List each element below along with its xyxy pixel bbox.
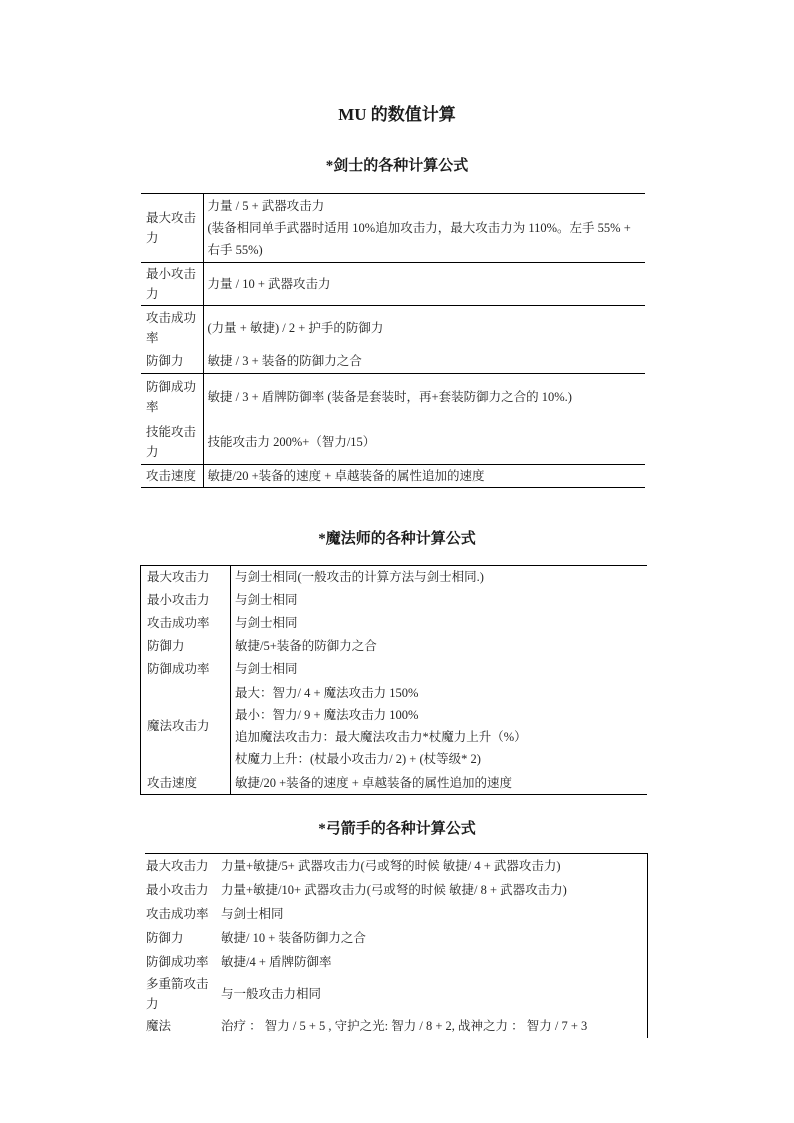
row-value: 敏捷/ 10 + 装备防御力之合 <box>217 926 648 950</box>
table-row: 防御成功率 敏捷/4 + 盾牌防御率 <box>145 950 648 974</box>
table-row: 防御成功率 敏捷 / 3 + 盾牌防御率 (装备是套装时，再+套装防御力之合的 … <box>141 374 645 420</box>
row-value: 敏捷/20 +装备的速度 + 卓越装备的属性追加的速度 <box>203 465 645 488</box>
row-label: 最大攻击力 <box>145 854 217 878</box>
row-label: 最大攻击力 <box>141 194 203 263</box>
row-label: 攻击成功率 <box>141 306 203 350</box>
formula-table-archer: 最大攻击力 力量+敏捷/5+ 武器攻击力(弓或弩的时候 敏捷/ 4 + 武器攻击… <box>145 853 648 1038</box>
row-value: 与剑士相同 <box>231 612 648 635</box>
table-row: 攻击成功率 与剑士相同 <box>145 902 648 926</box>
table-row: 攻击成功率 (力量 + 敏捷) / 2 + 护手的防御力 <box>141 306 645 350</box>
table-row: 攻击速度 敏捷/20 +装备的速度 + 卓越装备的属性追加的速度 <box>141 465 645 488</box>
row-value: 与剑士相同 <box>231 658 648 681</box>
table-row: 攻击速度 敏捷/20 +装备的速度 + 卓越装备的属性追加的速度 <box>141 772 648 795</box>
row-value: 技能攻击力 200%+（智力/15） <box>203 420 645 465</box>
row-value: 敏捷 / 3 + 装备的防御力之合 <box>203 350 645 374</box>
table-row: 攻击成功率 与剑士相同 <box>141 612 648 635</box>
table-row: 最小攻击力 与剑士相同 <box>141 589 648 612</box>
table-row: 防御力 敏捷/ 10 + 装备防御力之合 <box>145 926 648 950</box>
document-page: MU 的数值计算 *剑士的各种计算公式 最大攻击力 力量 / 5 + 武器攻击力… <box>0 0 794 1123</box>
row-value: 力量+敏捷/5+ 武器攻击力(弓或弩的时候 敏捷/ 4 + 武器攻击力) <box>217 854 648 878</box>
table-row: 最大攻击力 力量+敏捷/5+ 武器攻击力(弓或弩的时候 敏捷/ 4 + 武器攻击… <box>145 854 648 878</box>
section-heading-wizard: *魔法师的各种计算公式 <box>0 527 794 548</box>
row-value: 敏捷/5+装备的防御力之合 <box>231 635 648 658</box>
row-label: 最大攻击力 <box>141 566 231 589</box>
row-label: 攻击速度 <box>141 772 231 795</box>
row-label: 最小攻击力 <box>145 878 217 902</box>
row-value: 敏捷/20 +装备的速度 + 卓越装备的属性追加的速度 <box>231 772 648 795</box>
table-row: 魔法攻击力 最大：智力/ 4 + 魔法攻击力 150% 最小：智力/ 9 + 魔… <box>141 681 648 772</box>
row-value: 敏捷 / 3 + 盾牌防御率 (装备是套装时，再+套装防御力之合的 10%.) <box>203 374 645 420</box>
row-value: 与剑士相同(一般攻击的计算方法与剑士相同.) <box>231 566 648 589</box>
row-label: 技能攻击力 <box>141 420 203 465</box>
table-row: 最小攻击力 力量 / 10 + 武器攻击力 <box>141 263 645 306</box>
table-row: 多重箭攻击力 与一般攻击力相同 <box>145 974 648 1014</box>
section-heading-swordsman: *剑士的各种计算公式 <box>0 154 794 175</box>
row-label: 多重箭攻击力 <box>145 974 217 1014</box>
table-row: 技能攻击力 技能攻击力 200%+（智力/15） <box>141 420 645 465</box>
row-value: 敏捷/4 + 盾牌防御率 <box>217 950 648 974</box>
row-value: 最大：智力/ 4 + 魔法攻击力 150% 最小：智力/ 9 + 魔法攻击力 1… <box>231 681 648 772</box>
row-value: 与剑士相同 <box>231 589 648 612</box>
row-label: 防御力 <box>141 635 231 658</box>
table-row: 防御成功率 与剑士相同 <box>141 658 648 681</box>
table-row: 最小攻击力 力量+敏捷/10+ 武器攻击力(弓或弩的时候 敏捷/ 8 + 武器攻… <box>145 878 648 902</box>
row-value: 力量 / 5 + 武器攻击力 (装备相同单手武器时适用 10%追加攻击力，最大攻… <box>203 194 645 263</box>
row-label: 攻击成功率 <box>141 612 231 635</box>
row-value: 力量 / 10 + 武器攻击力 <box>203 263 645 306</box>
row-label: 魔法 <box>145 1014 217 1038</box>
row-value: 治疗 ： 智力 / 5 + 5 , 守护之光: 智力 / 8 + 2, 战神之力… <box>217 1014 648 1038</box>
row-value: 与剑士相同 <box>217 902 648 926</box>
row-label: 防御力 <box>145 926 217 950</box>
table-row: 最大攻击力 力量 / 5 + 武器攻击力 (装备相同单手武器时适用 10%追加攻… <box>141 194 645 263</box>
row-label: 攻击成功率 <box>145 902 217 926</box>
row-label: 最小攻击力 <box>141 263 203 306</box>
row-label: 防御成功率 <box>141 658 231 681</box>
document-title: MU 的数值计算 <box>0 100 794 125</box>
table-row: 最大攻击力 与剑士相同(一般攻击的计算方法与剑士相同.) <box>141 566 648 589</box>
row-label: 防御力 <box>141 350 203 374</box>
row-label: 魔法攻击力 <box>141 681 231 772</box>
row-value: (力量 + 敏捷) / 2 + 护手的防御力 <box>203 306 645 350</box>
row-label: 攻击速度 <box>141 465 203 488</box>
formula-table-swordsman: 最大攻击力 力量 / 5 + 武器攻击力 (装备相同单手武器时适用 10%追加攻… <box>141 193 645 488</box>
section-heading-archer: *弓箭手的各种计算公式 <box>0 817 794 838</box>
formula-table-wizard: 最大攻击力 与剑士相同(一般攻击的计算方法与剑士相同.) 最小攻击力 与剑士相同… <box>140 565 647 795</box>
row-label: 最小攻击力 <box>141 589 231 612</box>
row-value: 与一般攻击力相同 <box>217 974 648 1014</box>
row-label: 防御成功率 <box>141 374 203 420</box>
row-label: 防御成功率 <box>145 950 217 974</box>
row-value: 力量+敏捷/10+ 武器攻击力(弓或弩的时候 敏捷/ 8 + 武器攻击力) <box>217 878 648 902</box>
table-row: 防御力 敏捷/5+装备的防御力之合 <box>141 635 648 658</box>
table-row: 魔法 治疗 ： 智力 / 5 + 5 , 守护之光: 智力 / 8 + 2, 战… <box>145 1014 648 1038</box>
table-row: 防御力 敏捷 / 3 + 装备的防御力之合 <box>141 350 645 374</box>
